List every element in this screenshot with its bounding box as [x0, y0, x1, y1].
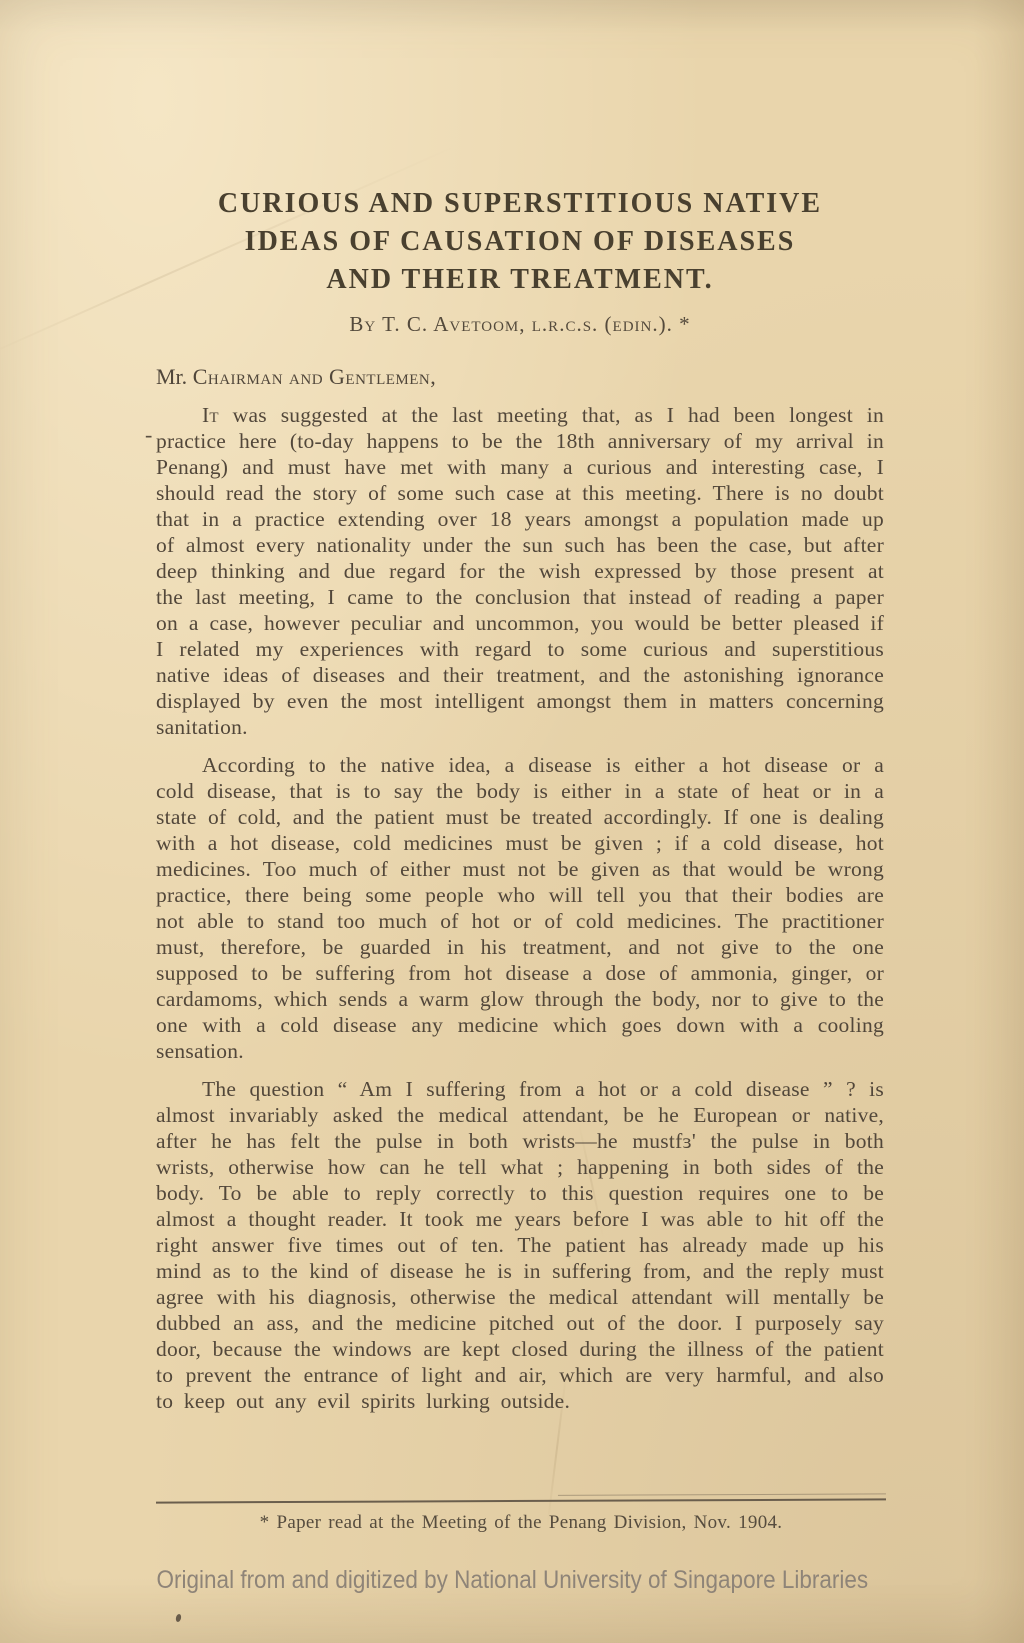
digitization-watermark-text: Original from and digitized by National … [156, 1566, 868, 1595]
paragraph-1-text: was suggested at the last meeting that, … [156, 403, 884, 739]
footnote-rule [156, 1498, 886, 1503]
paragraph-1: It was suggested at the last meeting tha… [156, 402, 884, 740]
title-line-3: AND THEIR TREATMENT. [156, 261, 884, 299]
page-title: CURIOUS AND SUPERSTITIOUS NATIVE IDEAS O… [156, 185, 884, 299]
digitization-watermark: Original from and digitized by National … [0, 1566, 1024, 1595]
paragraph-1-lead: It [202, 403, 219, 427]
paragraph-2: According to the native idea, a disease … [156, 752, 884, 1064]
salutation-prefix: Mr. [156, 364, 193, 389]
byline: By T. C. Avetoom, l.r.c.s. (edin.). * [156, 312, 884, 337]
text-column: CURIOUS AND SUPERSTITIOUS NATIVE IDEAS O… [156, 185, 884, 1414]
margin-dash-mark: - [145, 422, 152, 448]
scanned-document-page: CURIOUS AND SUPERSTITIOUS NATIVE IDEAS O… [0, 0, 1024, 1643]
footnote-block: * Paper read at the Meeting of the Penan… [156, 1500, 886, 1534]
salutation: Mr. Chairman and Gentlemen, [156, 364, 884, 390]
ink-speck [175, 1613, 182, 1622]
title-line-2: IDEAS OF CAUSATION OF DISEASES [156, 223, 884, 261]
paragraph-3: The question “ Am I suffering from a hot… [156, 1076, 884, 1414]
footnote-text: * Paper read at the Meeting of the Penan… [156, 1512, 886, 1534]
paragraph-2-text: According to the native idea, a disease … [156, 753, 884, 1063]
paragraph-3-text: The question “ Am I suffering from a hot… [156, 1077, 884, 1413]
salutation-smallcaps: Chairman and Gentlemen, [193, 364, 437, 389]
title-line-1: CURIOUS AND SUPERSTITIOUS NATIVE [156, 185, 884, 223]
